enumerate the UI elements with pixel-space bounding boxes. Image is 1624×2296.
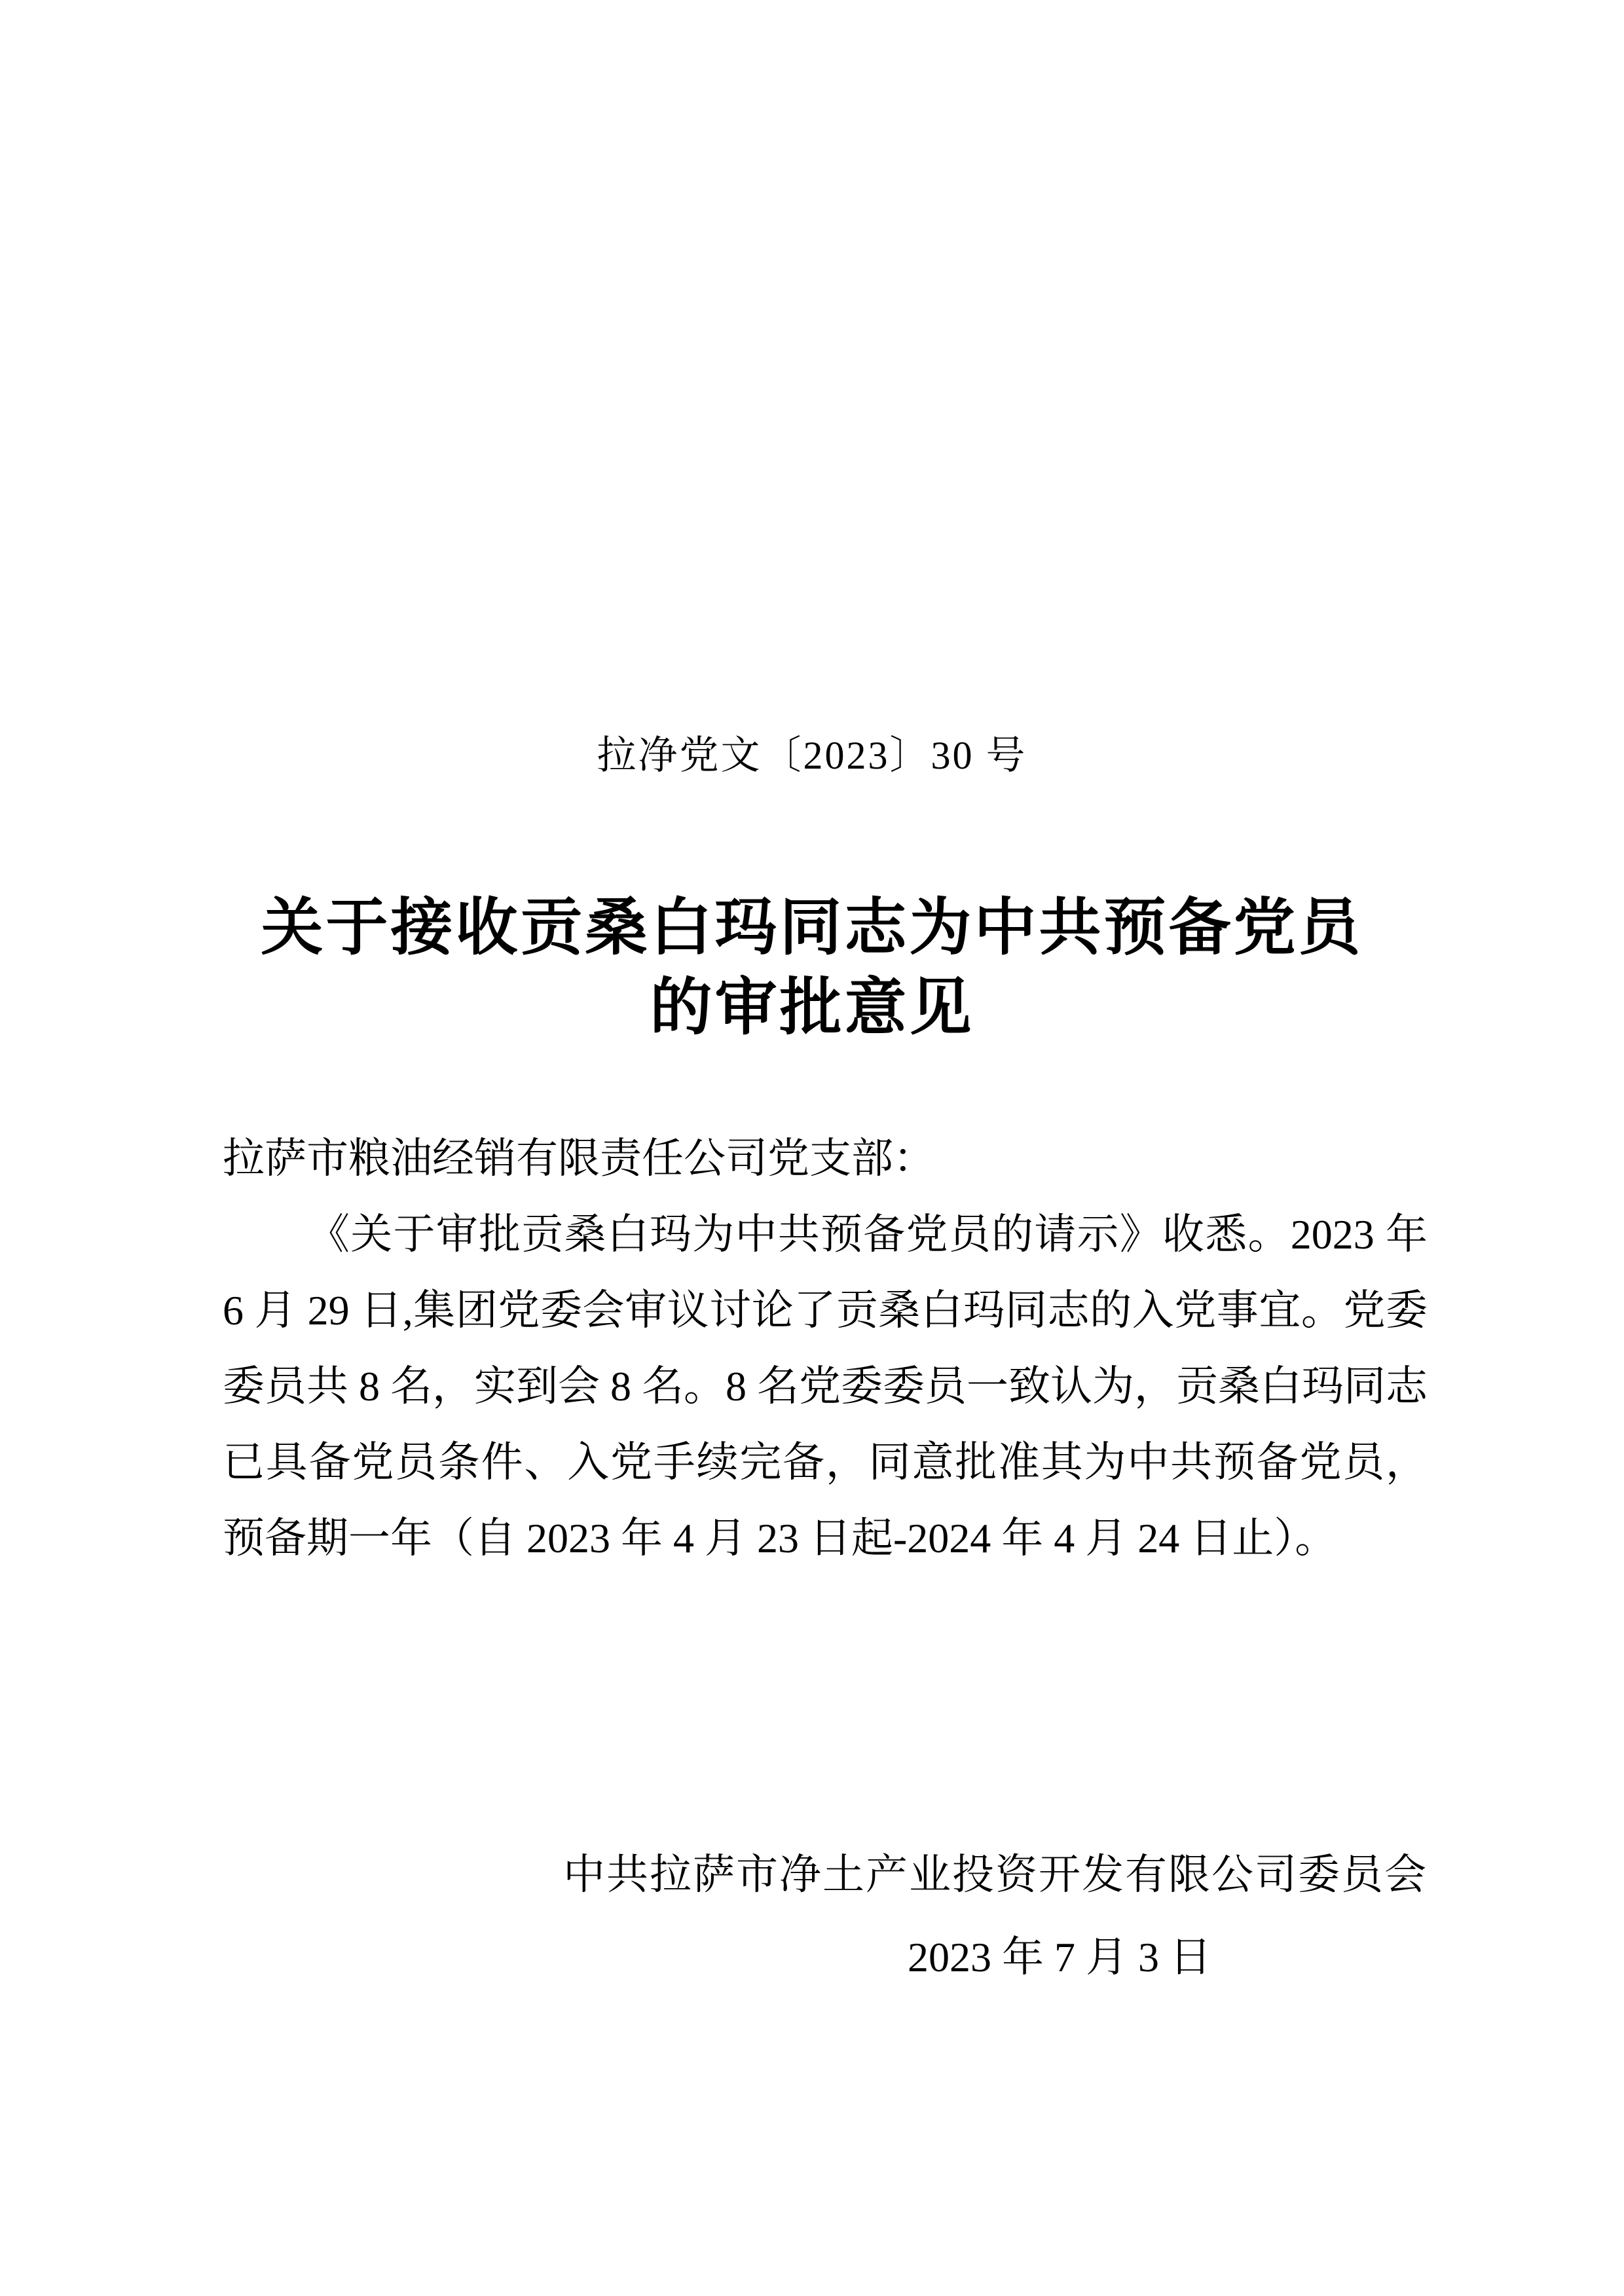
document-title: 关于接收贡桑白玛同志为中共预备党员 的审批意见: [0, 888, 1624, 1048]
salutation: 拉萨市粮油经销有限责任公司党支部：: [223, 1121, 1428, 1197]
doc-number: 拉净党文〔2023〕30 号: [0, 728, 1624, 783]
body-paragraph: 《关于审批贡桑白玛为中共预备党员的请示》收悉。2023 年 6 月 29 日,集…: [223, 1197, 1428, 1576]
document-body: 拉萨市粮油经销有限责任公司党支部： 《关于审批贡桑白玛为中共预备党员的请示》收悉…: [223, 1121, 1428, 1576]
signature-date: 2023 年 7 月 3 日: [223, 1920, 1428, 1995]
title-line-1: 关于接收贡桑白玛同志为中共预备党员: [0, 888, 1624, 968]
signature-block: 中共拉萨市净土产业投资开发有限公司委员会 2023 年 7 月 3 日: [223, 1837, 1428, 1995]
title-line-2: 的审批意见: [0, 968, 1624, 1048]
signature-committee: 中共拉萨市净土产业投资开发有限公司委员会: [223, 1837, 1428, 1913]
document-page: 拉净党文〔2023〕30 号 关于接收贡桑白玛同志为中共预备党员 的审批意见 拉…: [0, 0, 1624, 2296]
